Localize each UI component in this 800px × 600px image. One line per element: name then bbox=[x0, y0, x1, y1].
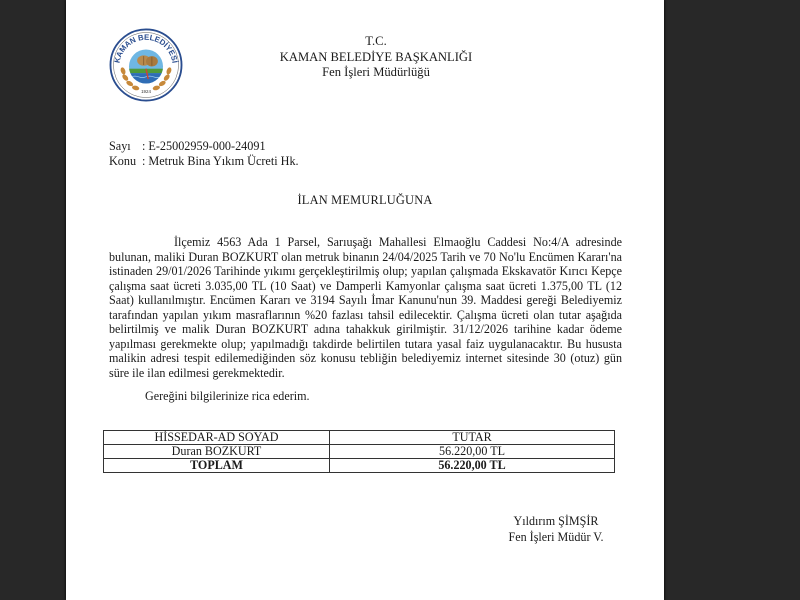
table-row: Duran BOZKURT 56.220,00 TL bbox=[104, 445, 615, 459]
header-tc: T.C. bbox=[226, 34, 526, 50]
amounts-table: HİSSEDAR-AD SOYAD TUTAR Duran BOZKURT 56… bbox=[103, 430, 615, 473]
closing-line: Gereğini bilgilerinize rica ederim. bbox=[145, 389, 310, 404]
municipality-seal-icon: KAMAN BELEDİYESİ 1924 bbox=[109, 28, 183, 102]
document-page: KAMAN BELEDİYESİ 1924 T.C. KAMAN BELEDİ bbox=[66, 0, 664, 600]
owner-cell: Duran BOZKURT bbox=[104, 445, 330, 459]
header-cell-owner: HİSSEDAR-AD SOYAD bbox=[104, 431, 330, 445]
konu-label: Konu bbox=[109, 154, 142, 169]
signatory-name: Yıldırım ŞİMŞİR bbox=[486, 514, 626, 530]
signatory-title: Fen İşleri Müdür V. bbox=[486, 530, 626, 546]
total-row: TOPLAM 56.220,00 TL bbox=[104, 459, 615, 473]
total-label-cell: TOPLAM bbox=[104, 459, 330, 473]
sayi-value: : E-25002959-000-24091 bbox=[142, 139, 266, 153]
konu-row: Konu: Metruk Bina Yıkım Ücreti Hk. bbox=[109, 154, 299, 169]
konu-value: : Metruk Bina Yıkım Ücreti Hk. bbox=[142, 154, 299, 168]
seal-year: 1924 bbox=[141, 89, 151, 94]
header-cell-amount: TUTAR bbox=[330, 431, 615, 445]
signature-block: Yıldırım ŞİMŞİR Fen İşleri Müdür V. bbox=[486, 514, 626, 545]
document-title: İLAN MEMURLUĞUNA bbox=[66, 193, 664, 208]
total-amount-cell: 56.220,00 TL bbox=[330, 459, 615, 473]
header-department: Fen İşleri Müdürlüğü bbox=[226, 65, 526, 81]
document-meta: Sayı: E-25002959-000-24091 Konu: Metruk … bbox=[109, 139, 299, 168]
amount-cell: 56.220,00 TL bbox=[330, 445, 615, 459]
letterhead: T.C. KAMAN BELEDİYE BAŞKANLIĞI Fen İşler… bbox=[226, 34, 526, 81]
body-paragraph: İlçemiz 4563 Ada 1 Parsel, Sarıuşağı Mah… bbox=[109, 235, 622, 380]
table-header-row: HİSSEDAR-AD SOYAD TUTAR bbox=[104, 431, 615, 445]
header-institution: KAMAN BELEDİYE BAŞKANLIĞI bbox=[226, 50, 526, 66]
sayi-row: Sayı: E-25002959-000-24091 bbox=[109, 139, 299, 154]
sayi-label: Sayı bbox=[109, 139, 142, 154]
